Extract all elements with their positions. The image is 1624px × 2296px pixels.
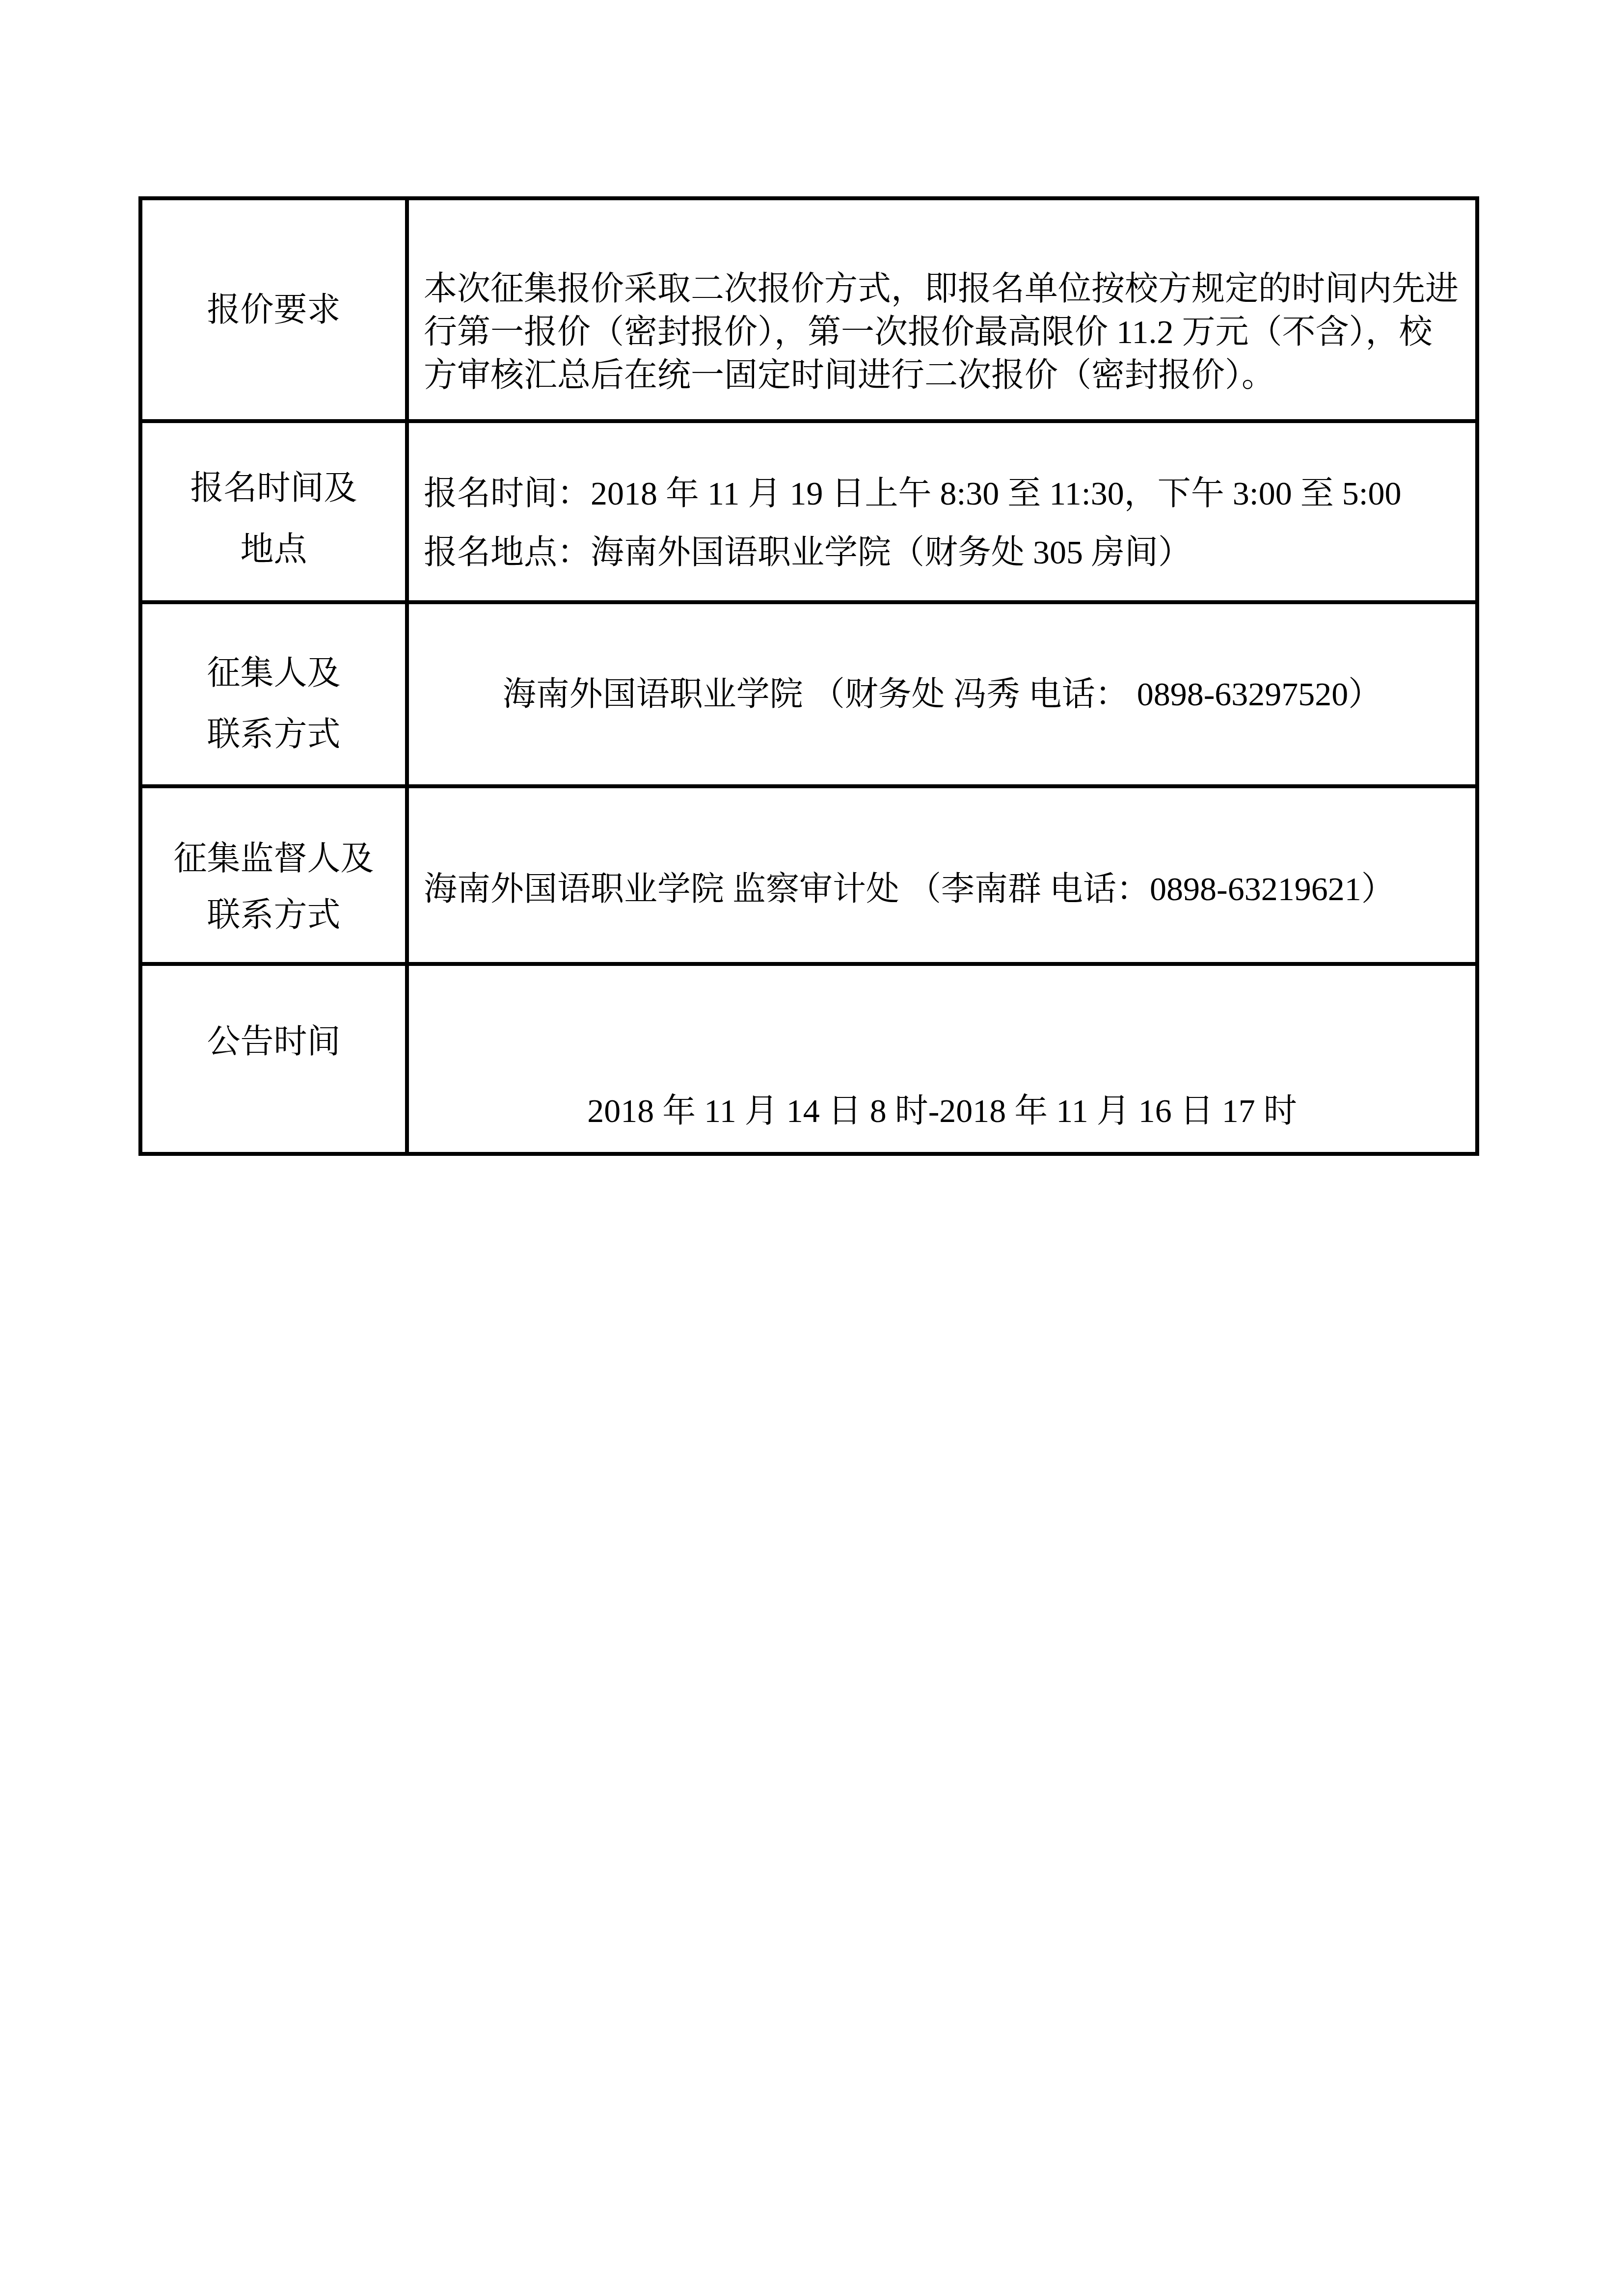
row-label-cell: 公告时间: [140, 964, 407, 1154]
row-label: 地点: [143, 519, 405, 580]
content-line: 2018 年 11 月 14 日 8 时-2018 年 11 月 16 日 17…: [414, 1089, 1470, 1133]
row-label: 征集监督人及: [143, 830, 405, 887]
row-label: 联系方式: [143, 704, 405, 765]
row-content-cell: 本次征集报价采取二次报价方式，即报名单位按校方规定的时间内先进 行第一报价（密封…: [407, 198, 1477, 421]
table-row-solicitor-contact: 征集人及 联系方式 海南外国语职业学院 （财务处 冯秀 电话： 0898-632…: [140, 602, 1477, 786]
content-line: 海南外国语职业学院 监察审计处 （李南群 电话：0898-63219621）: [424, 867, 1465, 911]
row-label: 征集人及: [143, 642, 405, 704]
row-label-cell: 报价要求: [140, 198, 407, 421]
row-label: 联系方式: [143, 887, 405, 943]
table-row-announcement-time: 公告时间 2018 年 11 月 14 日 8 时-2018 年 11 月 16…: [140, 964, 1477, 1154]
document-page: 报价要求 本次征集报价采取二次报价方式，即报名单位按校方规定的时间内先进 行第一…: [0, 0, 1624, 2296]
row-label-cell: 征集监督人及 联系方式: [140, 786, 407, 964]
content-line: 行第一报价（密封报价），第一次报价最高限价 11.2 万元（不含），校: [424, 310, 1462, 353]
content-line: 本次征集报价采取二次报价方式，即报名单位按校方规定的时间内先进: [424, 267, 1462, 310]
quotation-info-table: 报价要求 本次征集报价采取二次报价方式，即报名单位按校方规定的时间内先进 行第一…: [138, 196, 1479, 1156]
row-label: 公告时间: [143, 1011, 405, 1072]
row-label-cell: 征集人及 联系方式: [140, 602, 407, 786]
table-row-registration-time-place: 报名时间及 地点 报名时间：2018 年 11 月 19 日上午 8:30 至 …: [140, 421, 1477, 602]
content-line: 报名地点：海南外国语职业学院（财务处 305 房间）: [424, 523, 1465, 582]
row-label: 报价要求: [143, 279, 405, 341]
content-line: 报名时间：2018 年 11 月 19 日上午 8:30 至 11:30，下午 …: [424, 464, 1465, 523]
table-row-quotation-requirements: 报价要求 本次征集报价采取二次报价方式，即报名单位按校方规定的时间内先进 行第一…: [140, 198, 1477, 421]
content-line: 海南外国语职业学院 （财务处 冯秀 电话： 0898-63297520）: [414, 672, 1470, 716]
row-content-cell: 报名时间：2018 年 11 月 19 日上午 8:30 至 11:30，下午 …: [407, 421, 1477, 602]
table-row-supervisor-contact: 征集监督人及 联系方式 海南外国语职业学院 监察审计处 （李南群 电话：0898…: [140, 786, 1477, 964]
row-content-cell: 海南外国语职业学院 （财务处 冯秀 电话： 0898-63297520）: [407, 602, 1477, 786]
row-label: 报名时间及: [143, 457, 405, 519]
row-content-cell: 海南外国语职业学院 监察审计处 （李南群 电话：0898-63219621）: [407, 786, 1477, 964]
content-line: 方审核汇总后在统一固定时间进行二次报价（密封报价）。: [424, 353, 1462, 397]
row-label-cell: 报名时间及 地点: [140, 421, 407, 602]
row-content-cell: 2018 年 11 月 14 日 8 时-2018 年 11 月 16 日 17…: [407, 964, 1477, 1154]
